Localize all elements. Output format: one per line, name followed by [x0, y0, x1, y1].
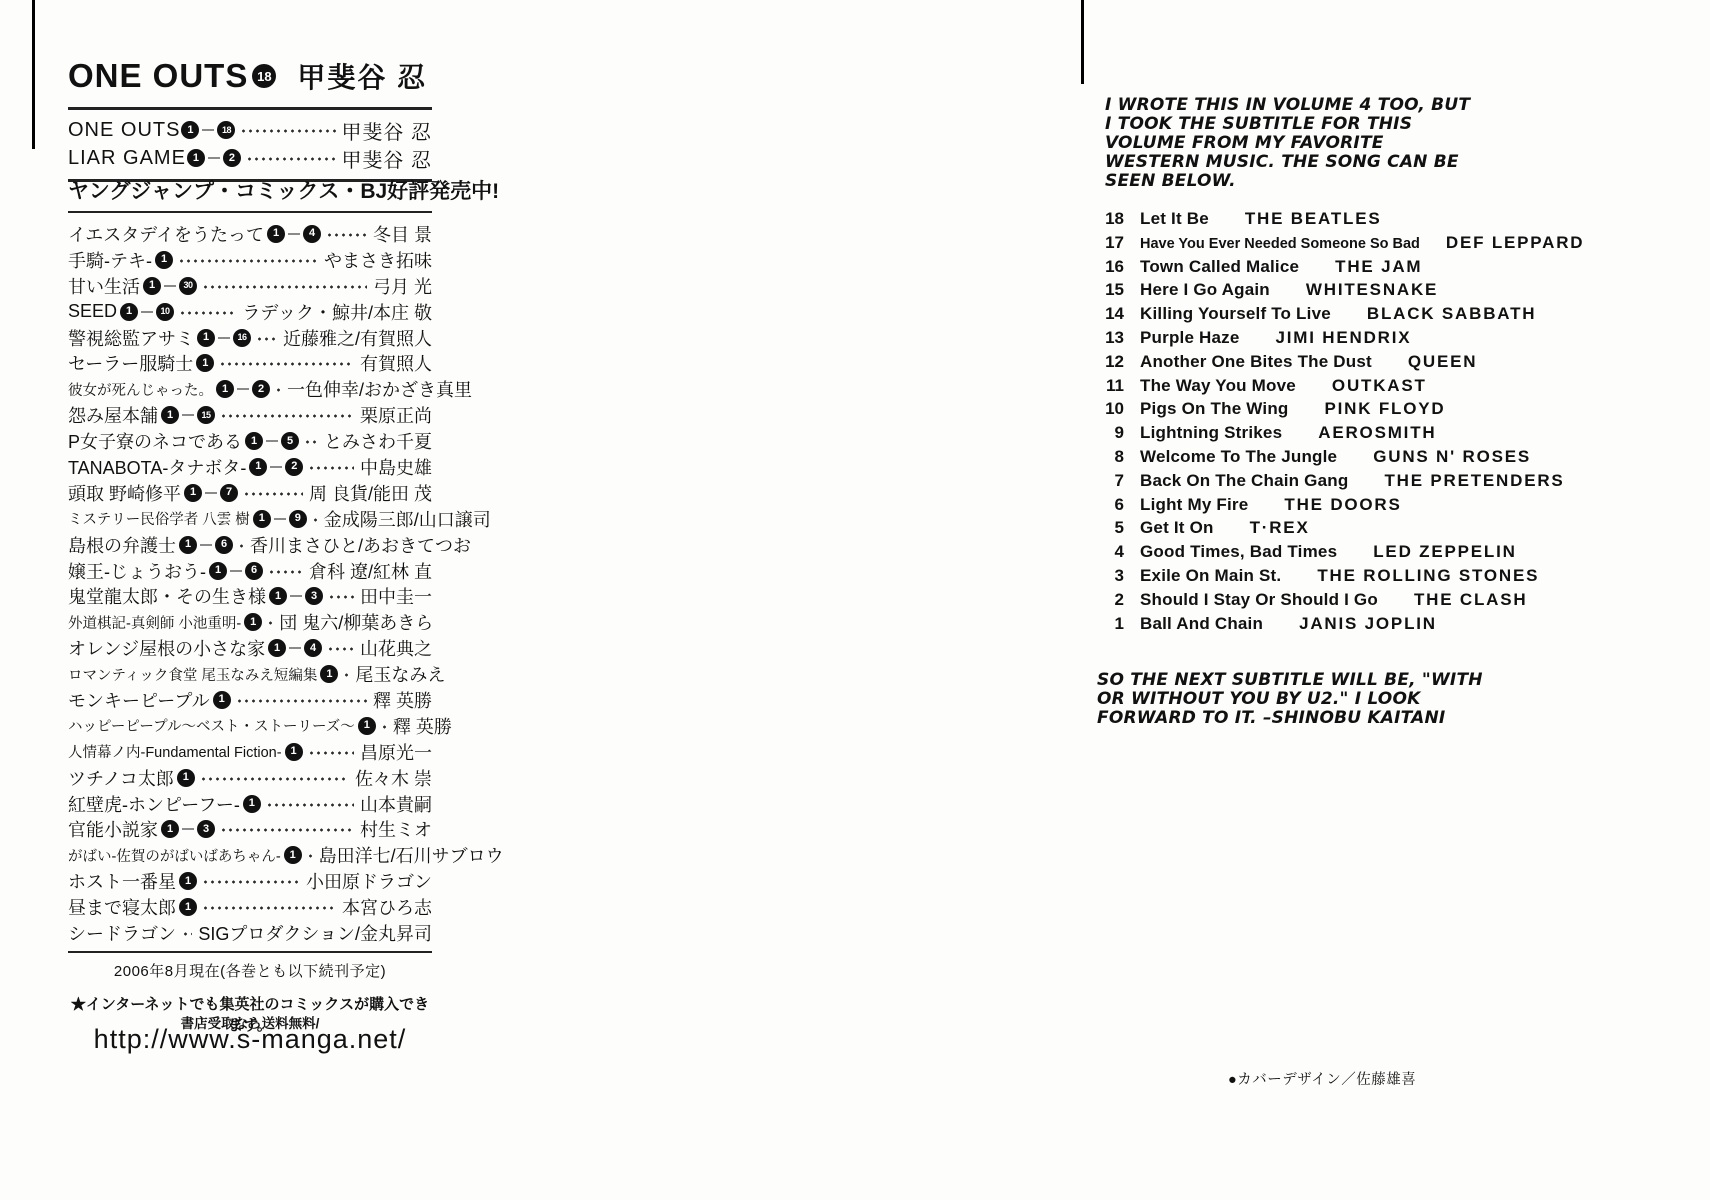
catalog-row: ミステリー民俗学者 八雲 樹19金成陽三郎/山口譲司: [68, 506, 432, 532]
song-title: The Way You Move: [1140, 376, 1296, 396]
catalog-title: 彼女が死んじゃった。: [68, 379, 213, 400]
volume-badge: 1: [161, 820, 179, 838]
volume-badge: 6: [245, 562, 263, 580]
song-title: Light My Fire: [1140, 495, 1248, 515]
catalog-title: モンキーピープル: [68, 687, 210, 713]
dot-leader: [236, 699, 367, 703]
catalog-title: 島根の弁護士: [68, 532, 176, 558]
author-series-box: ONE OUTS118甲斐谷 忍LIAR GAME12甲斐谷 忍: [68, 107, 432, 182]
volume-badge: 1: [269, 587, 287, 605]
dot-leader: [238, 544, 244, 548]
volume-range-dash: [208, 157, 220, 159]
song-number: 2: [1096, 590, 1124, 610]
song-artist: T·REX: [1250, 518, 1310, 538]
song-row: 4Good Times, Bad TimesLED ZEPPELIN: [1096, 542, 1576, 566]
song-row: 14Killing Yourself To LiveBLACK SABBATH: [1096, 304, 1576, 328]
dot-leader: [202, 285, 367, 289]
catalog-author: 倉科 遼/紅林 直: [309, 558, 432, 584]
comic-text-line: VOLUME FROM MY FAVORITE: [1105, 134, 1470, 153]
catalog-row: 嬢王-じょうおう-16倉科 遼/紅林 直: [68, 558, 432, 584]
catalog-author: 団 鬼六/柳葉あきら: [279, 609, 433, 635]
song-artist: THE PRETENDERS: [1384, 471, 1564, 491]
song-row: 18Let It BeTHE BEATLES: [1096, 209, 1576, 233]
volume-badge: 1: [161, 406, 179, 424]
song-row: 9Lightning StrikesAEROSMITH: [1096, 423, 1576, 447]
cover-design-credit: ●カバーデザイン／佐藤雄喜: [1228, 1068, 1416, 1089]
dot-leader: [267, 621, 273, 625]
song-row: 12Another One Bites The DustQUEEN: [1096, 352, 1576, 376]
volume-badge: 1: [179, 872, 197, 890]
series-row: LIAR GAME12甲斐谷 忍: [68, 144, 432, 172]
catalog-row: セーラー服騎士1有賀照人: [68, 350, 432, 376]
catalog-row: 昼まで寝太郎1本宮ひろ志: [68, 894, 432, 920]
song-number: 17: [1096, 233, 1124, 253]
left-page: ONE OUTS 18 甲斐谷 忍 ONE OUTS118甲斐谷 忍LIAR G…: [68, 0, 432, 1200]
catalog-row: シードラゴンSIGプロダクション/金丸昇司: [68, 920, 432, 946]
page-edge-line-left: [32, 0, 35, 149]
series-author: 甲斐谷 忍: [341, 144, 432, 173]
catalog-author: 周 良貨/能田 茂: [309, 480, 432, 506]
volume-badge: 2: [223, 149, 241, 167]
dot-leader: [240, 129, 337, 133]
catalog-title: TANABOTA-タナボタ-: [68, 454, 246, 480]
volume-badge: 1: [253, 510, 271, 528]
comic-text-line: I WROTE THIS IN VOLUME 4 TOO, BUT: [1105, 96, 1470, 115]
song-number: 7: [1096, 471, 1124, 491]
song-artist: THE DOORS: [1284, 495, 1401, 515]
volume-badge: 1: [155, 251, 173, 269]
song-number: 6: [1096, 495, 1124, 515]
divider-top: [68, 211, 432, 213]
catalog-row: TANABOTA-タナボタ-12中島史雄: [68, 454, 432, 480]
song-title: Lightning Strikes: [1140, 423, 1282, 443]
volume-badge: 1: [179, 536, 197, 554]
song-artist: BLACK SABBATH: [1367, 304, 1536, 324]
volume-badge: 15: [197, 406, 215, 424]
catalog-row: オレンジ屋根の小さな家14山花典之: [68, 635, 432, 661]
catalog-title: 怨み屋本舗: [68, 402, 158, 428]
comic-text-line: OR WITHOUT YOU BY U2." I LOOK: [1097, 690, 1483, 709]
volume-badge: 1: [213, 691, 231, 709]
song-title: Good Times, Bad Times: [1140, 542, 1337, 562]
catalog-author: 山本貴嗣: [360, 791, 432, 817]
book-author: 甲斐谷 忍: [297, 56, 427, 96]
song-number: 1: [1096, 614, 1124, 634]
catalog-title: ミステリー民俗学者 八雲 樹: [68, 508, 250, 529]
catalog-row: モンキーピープル1釋 英勝: [68, 687, 432, 713]
volume-range-dash: [218, 337, 230, 339]
catalog-author: 山花典之: [360, 635, 432, 661]
volume-badge: 1: [285, 743, 303, 761]
dot-leader: [182, 932, 192, 936]
catalog-title: シードラゴン: [68, 920, 176, 946]
volume-range-dash: [182, 414, 194, 416]
volume-range-dash: [200, 544, 212, 546]
catalog-title: 警視総監アサミ: [68, 325, 194, 351]
volume-badge: 1: [243, 795, 261, 813]
dot-leader: [220, 828, 354, 832]
catalog-title: 鬼堂龍太郎・その生き様: [68, 583, 266, 609]
song-title: Exile On Main St.: [1140, 566, 1281, 586]
volume-range-dash: [270, 466, 282, 468]
catalog-title: SEED: [68, 301, 117, 322]
song-title: Welcome To The Jungle: [1140, 447, 1337, 467]
song-artist: JANIS JOPLIN: [1299, 614, 1437, 634]
volume-badge: 1: [196, 354, 214, 372]
song-row: 1Ball And ChainJANIS JOPLIN: [1096, 614, 1576, 638]
catalog-author: 中島史雄: [360, 454, 432, 480]
catalog-author: 釋 英勝: [393, 713, 452, 739]
volume-badge: 1: [179, 898, 197, 916]
song-title: Back On The Chain Gang: [1140, 471, 1348, 491]
catalog-row: イエスタデイをうたって14冬目 景: [68, 221, 432, 247]
divider-bottom: [68, 951, 432, 953]
catalog-title: 昼まで寝太郎: [68, 894, 176, 920]
song-number: 12: [1096, 352, 1124, 372]
catalog-title: 官能小説家: [68, 816, 158, 842]
volume-range-dash: [230, 570, 242, 572]
song-number: 4: [1096, 542, 1124, 562]
series-title: LIAR GAME: [68, 147, 186, 170]
author-comment-intro: I WROTE THIS IN VOLUME 4 TOO, BUTI TOOK …: [1105, 96, 1470, 191]
catalog-title: ロマンティック食堂 尾玉なみえ短編集: [68, 664, 317, 685]
volume-range-dash: [274, 518, 286, 520]
dot-leader: [220, 414, 354, 418]
song-artist: THE JAM: [1335, 257, 1422, 277]
song-number: 9: [1096, 423, 1124, 443]
volume-badge: 4: [304, 639, 322, 657]
volume-badge: 1: [244, 613, 262, 631]
song-artist: QUEEN: [1408, 352, 1477, 372]
catalog-title: 手騎-テキ-: [68, 247, 152, 273]
catalog-author: 佐々木 崇: [355, 765, 432, 791]
dot-leader: [200, 777, 349, 781]
catalog-author: 冬目 景: [373, 221, 432, 247]
song-title: Here I Go Again: [1140, 280, 1270, 300]
catalog-author: 一色伸幸/おかざき真里: [287, 376, 472, 402]
volume-badge: 1: [184, 484, 202, 502]
volume-range-dash: [290, 595, 302, 597]
imprint-banner: ヤングジャンプ・コミックス・BJ好評発売中!: [68, 175, 432, 205]
volume-badge: 1: [181, 121, 199, 139]
song-title: Pigs On The Wing: [1140, 399, 1289, 419]
catalog-author: 有賀照人: [360, 350, 432, 376]
song-artist: PINK FLOYD: [1325, 399, 1446, 419]
volume-badge: 6: [215, 536, 233, 554]
as-of-date: 2006年8月現在(各巻とも以下続刊予定): [68, 960, 432, 981]
catalog-title: ホスト一番星: [68, 868, 176, 894]
comic-text-line: WESTERN MUSIC. THE SONG CAN BE: [1105, 153, 1470, 172]
song-row: 17Have You Ever Needed Someone So BadDEF…: [1096, 233, 1576, 257]
dot-leader: [308, 751, 354, 755]
song-number: 16: [1096, 257, 1124, 277]
catalog-row: 島根の弁護士16香川まさひと/あおきてつお: [68, 532, 432, 558]
song-row: 2Should I Stay Or Should I GoTHE CLASH: [1096, 590, 1576, 614]
volume-range-dash: [182, 828, 194, 830]
catalog-author: 田中圭一: [360, 583, 432, 609]
song-artist: GUNS N' ROSES: [1373, 447, 1531, 467]
song-row: 15Here I Go AgainWHITESNAKE: [1096, 280, 1576, 304]
volume-badge: 1: [284, 846, 302, 864]
catalog-list: イエスタデイをうたって14冬目 景手騎-テキ-1やまさき拓味甘い生活130弓月 …: [68, 221, 432, 946]
catalog-title: セーラー服騎士: [68, 350, 193, 376]
catalog-row: 頭取 野崎修平17周 良貨/能田 茂: [68, 480, 432, 506]
catalog-author: 釋 英勝: [373, 687, 432, 713]
catalog-row: 鬼堂龍太郎・その生き様13田中圭一: [68, 583, 432, 609]
volume-range-dash: [164, 285, 176, 287]
song-artist: JIMI HENDRIX: [1276, 328, 1412, 348]
song-number: 10: [1096, 399, 1124, 419]
catalog-author: SIGプロダクション/金丸昇司: [198, 920, 432, 946]
volume-badge: 2: [285, 458, 303, 476]
song-title: Let It Be: [1140, 209, 1209, 229]
song-row: 11The Way You MoveOUTKAST: [1096, 376, 1576, 400]
catalog-author: 弓月 光: [373, 273, 432, 299]
song-row: 13Purple HazeJIMI HENDRIX: [1096, 328, 1576, 352]
song-artist: THE BEATLES: [1245, 209, 1382, 229]
volume-badge: 1: [268, 639, 286, 657]
volume-badge: 10: [156, 303, 174, 321]
song-row: 7Back On The Chain GangTHE PRETENDERS: [1096, 471, 1576, 495]
volume-badge: 1: [120, 303, 138, 321]
song-number: 18: [1096, 209, 1124, 229]
catalog-row: ロマンティック食堂 尾玉なみえ短編集1尾玉なみえ: [68, 661, 432, 687]
catalog-author: 本宮ひろ志: [342, 894, 432, 920]
page-spine-line: [1081, 0, 1084, 84]
volume-badge: 2: [252, 380, 270, 398]
catalog-author: やまさき拓味: [324, 247, 432, 273]
volume-badge: 1: [245, 432, 263, 450]
series-row: ONE OUTS118甲斐谷 忍: [68, 116, 432, 144]
volume-badge: 1: [249, 458, 267, 476]
dot-leader: [268, 570, 303, 574]
dot-leader: [304, 440, 318, 444]
volume-range-dash: [205, 492, 217, 494]
book-title-header: ONE OUTS 18 甲斐谷 忍: [68, 56, 427, 96]
song-title: Get It On: [1140, 518, 1214, 538]
dot-leader: [327, 647, 354, 651]
dot-leader: [343, 673, 349, 677]
song-number: 3: [1096, 566, 1124, 586]
comic-text-line: FORWARD TO IT. –SHINOBU KAITANI: [1097, 709, 1483, 728]
catalog-row: 怨み屋本舗115栗原正尚: [68, 402, 432, 428]
song-number: 13: [1096, 328, 1124, 348]
volume-badge: 1: [358, 717, 376, 735]
series-author: 甲斐谷 忍: [341, 116, 432, 145]
song-row: 10Pigs On The WingPINK FLOYD: [1096, 399, 1576, 423]
catalog-title: 甘い生活: [68, 273, 140, 299]
song-title: Town Called Malice: [1140, 257, 1299, 277]
volume-badge: 1: [209, 562, 227, 580]
volume-badge: 5: [281, 432, 299, 450]
volume-badge: 9: [289, 510, 307, 528]
dot-leader: [381, 725, 387, 729]
volume-range-dash: [141, 311, 153, 313]
catalog-author: 村生ミオ: [360, 816, 432, 842]
volume-badge: 7: [220, 484, 238, 502]
volume-badge: 1: [267, 225, 285, 243]
volume-badge: 16: [233, 329, 251, 347]
volume-badge: 1: [177, 769, 195, 787]
volume-badge: 1: [187, 149, 205, 167]
comic-text-line: I TOOK THE SUBTITLE FOR THIS: [1105, 115, 1470, 134]
song-title: Another One Bites The Dust: [1140, 352, 1372, 372]
catalog-author: 尾玉なみえ: [355, 661, 445, 687]
volume-range-dash: [202, 129, 214, 131]
song-list: 18Let It BeTHE BEATLES17Have You Ever Ne…: [1096, 209, 1576, 637]
song-artist: WHITESNAKE: [1306, 280, 1438, 300]
song-title: Killing Yourself To Live: [1140, 304, 1331, 324]
volume-badge: 18: [252, 64, 276, 88]
song-artist: OUTKAST: [1332, 376, 1427, 396]
dot-leader: [328, 595, 354, 599]
dot-leader: [308, 466, 354, 470]
volume-range-dash: [266, 440, 278, 442]
song-title: Ball And Chain: [1140, 614, 1263, 634]
volume-range-dash: [237, 388, 249, 390]
dot-leader: [246, 157, 338, 161]
song-number: 11: [1096, 376, 1124, 396]
catalog-author: 近藤雅之/有賀照人: [283, 325, 432, 351]
catalog-row: SEED110ラデック・鯨井/本庄 敬: [68, 299, 432, 325]
song-title: Have You Ever Needed Someone So Bad: [1140, 236, 1420, 252]
song-number: 15: [1096, 280, 1124, 300]
catalog-row: ホスト一番星1小田原ドラゴン: [68, 868, 432, 894]
catalog-author: 小田原ドラゴン: [306, 868, 432, 894]
song-row: 8Welcome To The JungleGUNS N' ROSES: [1096, 447, 1576, 471]
dot-leader: [275, 388, 281, 392]
catalog-title: ツチノコ太郎: [68, 765, 174, 791]
catalog-row: がばい-佐賀のがばいばあちゃん-1島田洋七/石川サブロウ: [68, 842, 432, 868]
volume-range-dash: [288, 233, 300, 235]
catalog-row: 紅壁虎-ホンピーフー-1山本貴嗣: [68, 791, 432, 817]
volume-badge: 3: [197, 820, 215, 838]
catalog-row: 警視総監アサミ116近藤雅之/有賀照人: [68, 325, 432, 351]
dot-leader: [326, 233, 367, 237]
song-row: 16Town Called MaliceTHE JAM: [1096, 257, 1576, 281]
catalog-title: 頭取 野崎修平: [68, 480, 181, 506]
song-artist: DEF LEPPARD: [1446, 233, 1585, 253]
song-title: Should I Stay Or Should I Go: [1140, 590, 1378, 610]
dot-leader: [243, 492, 303, 496]
catalog-row: 彼女が死んじゃった。12一色伸幸/おかざき真里: [68, 376, 432, 402]
dot-leader: [202, 906, 336, 910]
catalog-author: 昌原光一: [360, 739, 432, 765]
dot-leader: [312, 518, 318, 522]
dot-leader: [202, 880, 300, 884]
publisher-url: http://www.s-manga.net/: [68, 1024, 432, 1055]
book-title: ONE OUTS: [68, 57, 248, 95]
catalog-title: がばい-佐賀のがばいばあちゃん-: [68, 845, 281, 866]
song-artist: LED ZEPPELIN: [1373, 542, 1516, 562]
dot-leader: [179, 311, 236, 315]
volume-badge: 3: [305, 587, 323, 605]
volume-badge: 4: [303, 225, 321, 243]
catalog-title: ハッピーピープル～ベスト・ストーリーズ～: [68, 715, 355, 736]
catalog-title: 人情幕ノ内-Fundamental Fiction-: [68, 741, 282, 762]
catalog-author: 金成陽三郎/山口譲司: [324, 506, 491, 532]
song-row: 6Light My FireTHE DOORS: [1096, 495, 1576, 519]
volume-badge: 1: [216, 380, 234, 398]
catalog-author: 栗原正尚: [360, 402, 432, 428]
dot-leader: [219, 362, 354, 366]
catalog-title: 嬢王-じょうおう-: [68, 558, 206, 584]
series-title: ONE OUTS: [68, 119, 180, 142]
catalog-title: オレンジ屋根の小さな家: [68, 635, 265, 661]
song-number: 14: [1096, 304, 1124, 324]
comic-text-line: SO THE NEXT SUBTITLE WILL BE, "WITH: [1097, 671, 1483, 690]
song-row: 5Get It OnT·REX: [1096, 518, 1576, 542]
catalog-author: とみさわ千夏: [324, 428, 432, 454]
song-number: 8: [1096, 447, 1124, 467]
catalog-row: 外道棋記-真剣師 小池重明-1団 鬼六/柳葉あきら: [68, 609, 432, 635]
song-title: Purple Haze: [1140, 328, 1240, 348]
song-artist: THE ROLLING STONES: [1317, 566, 1539, 586]
catalog-author: 島田洋七/石川サブロウ: [319, 842, 504, 868]
author-comment-outro: SO THE NEXT SUBTITLE WILL BE, "WITHOR WI…: [1097, 671, 1483, 728]
catalog-row: 官能小説家13村生ミオ: [68, 816, 432, 842]
volume-badge: 1: [320, 665, 338, 683]
volume-badge: 30: [179, 277, 197, 295]
song-number: 5: [1096, 518, 1124, 538]
catalog-row: 手騎-テキ-1やまさき拓味: [68, 247, 432, 273]
catalog-author: ラデック・鯨井/本庄 敬: [242, 299, 432, 325]
comic-text-line: SEEN BELOW.: [1105, 172, 1470, 191]
catalog-title: 外道棋記-真剣師 小池重明-: [68, 612, 241, 633]
catalog-title: イエスタデイをうたって: [68, 221, 264, 247]
catalog-row: 人情幕ノ内-Fundamental Fiction-1昌原光一: [68, 739, 432, 765]
catalog-title: P女子寮のネコである: [68, 428, 242, 454]
catalog-row: P女子寮のネコである15とみさわ千夏: [68, 428, 432, 454]
dot-leader: [178, 259, 318, 263]
catalog-row: ハッピーピープル～ベスト・ストーリーズ～1釋 英勝: [68, 713, 432, 739]
dot-leader: [307, 854, 313, 858]
volume-badge: 18: [217, 121, 235, 139]
song-artist: THE CLASH: [1414, 590, 1527, 610]
volume-badge: 1: [197, 329, 215, 347]
volume-range-dash: [289, 647, 301, 649]
dot-leader: [256, 337, 277, 341]
catalog-author: 香川まさひと/あおきてつお: [250, 532, 471, 558]
song-artist: AEROSMITH: [1318, 423, 1436, 443]
catalog-title: 紅壁虎-ホンピーフー-: [68, 791, 240, 817]
catalog-row: ツチノコ太郎1佐々木 崇: [68, 765, 432, 791]
catalog-row: 甘い生活130弓月 光: [68, 273, 432, 299]
song-row: 3Exile On Main St.THE ROLLING STONES: [1096, 566, 1576, 590]
dot-leader: [266, 803, 354, 807]
volume-badge: 1: [143, 277, 161, 295]
